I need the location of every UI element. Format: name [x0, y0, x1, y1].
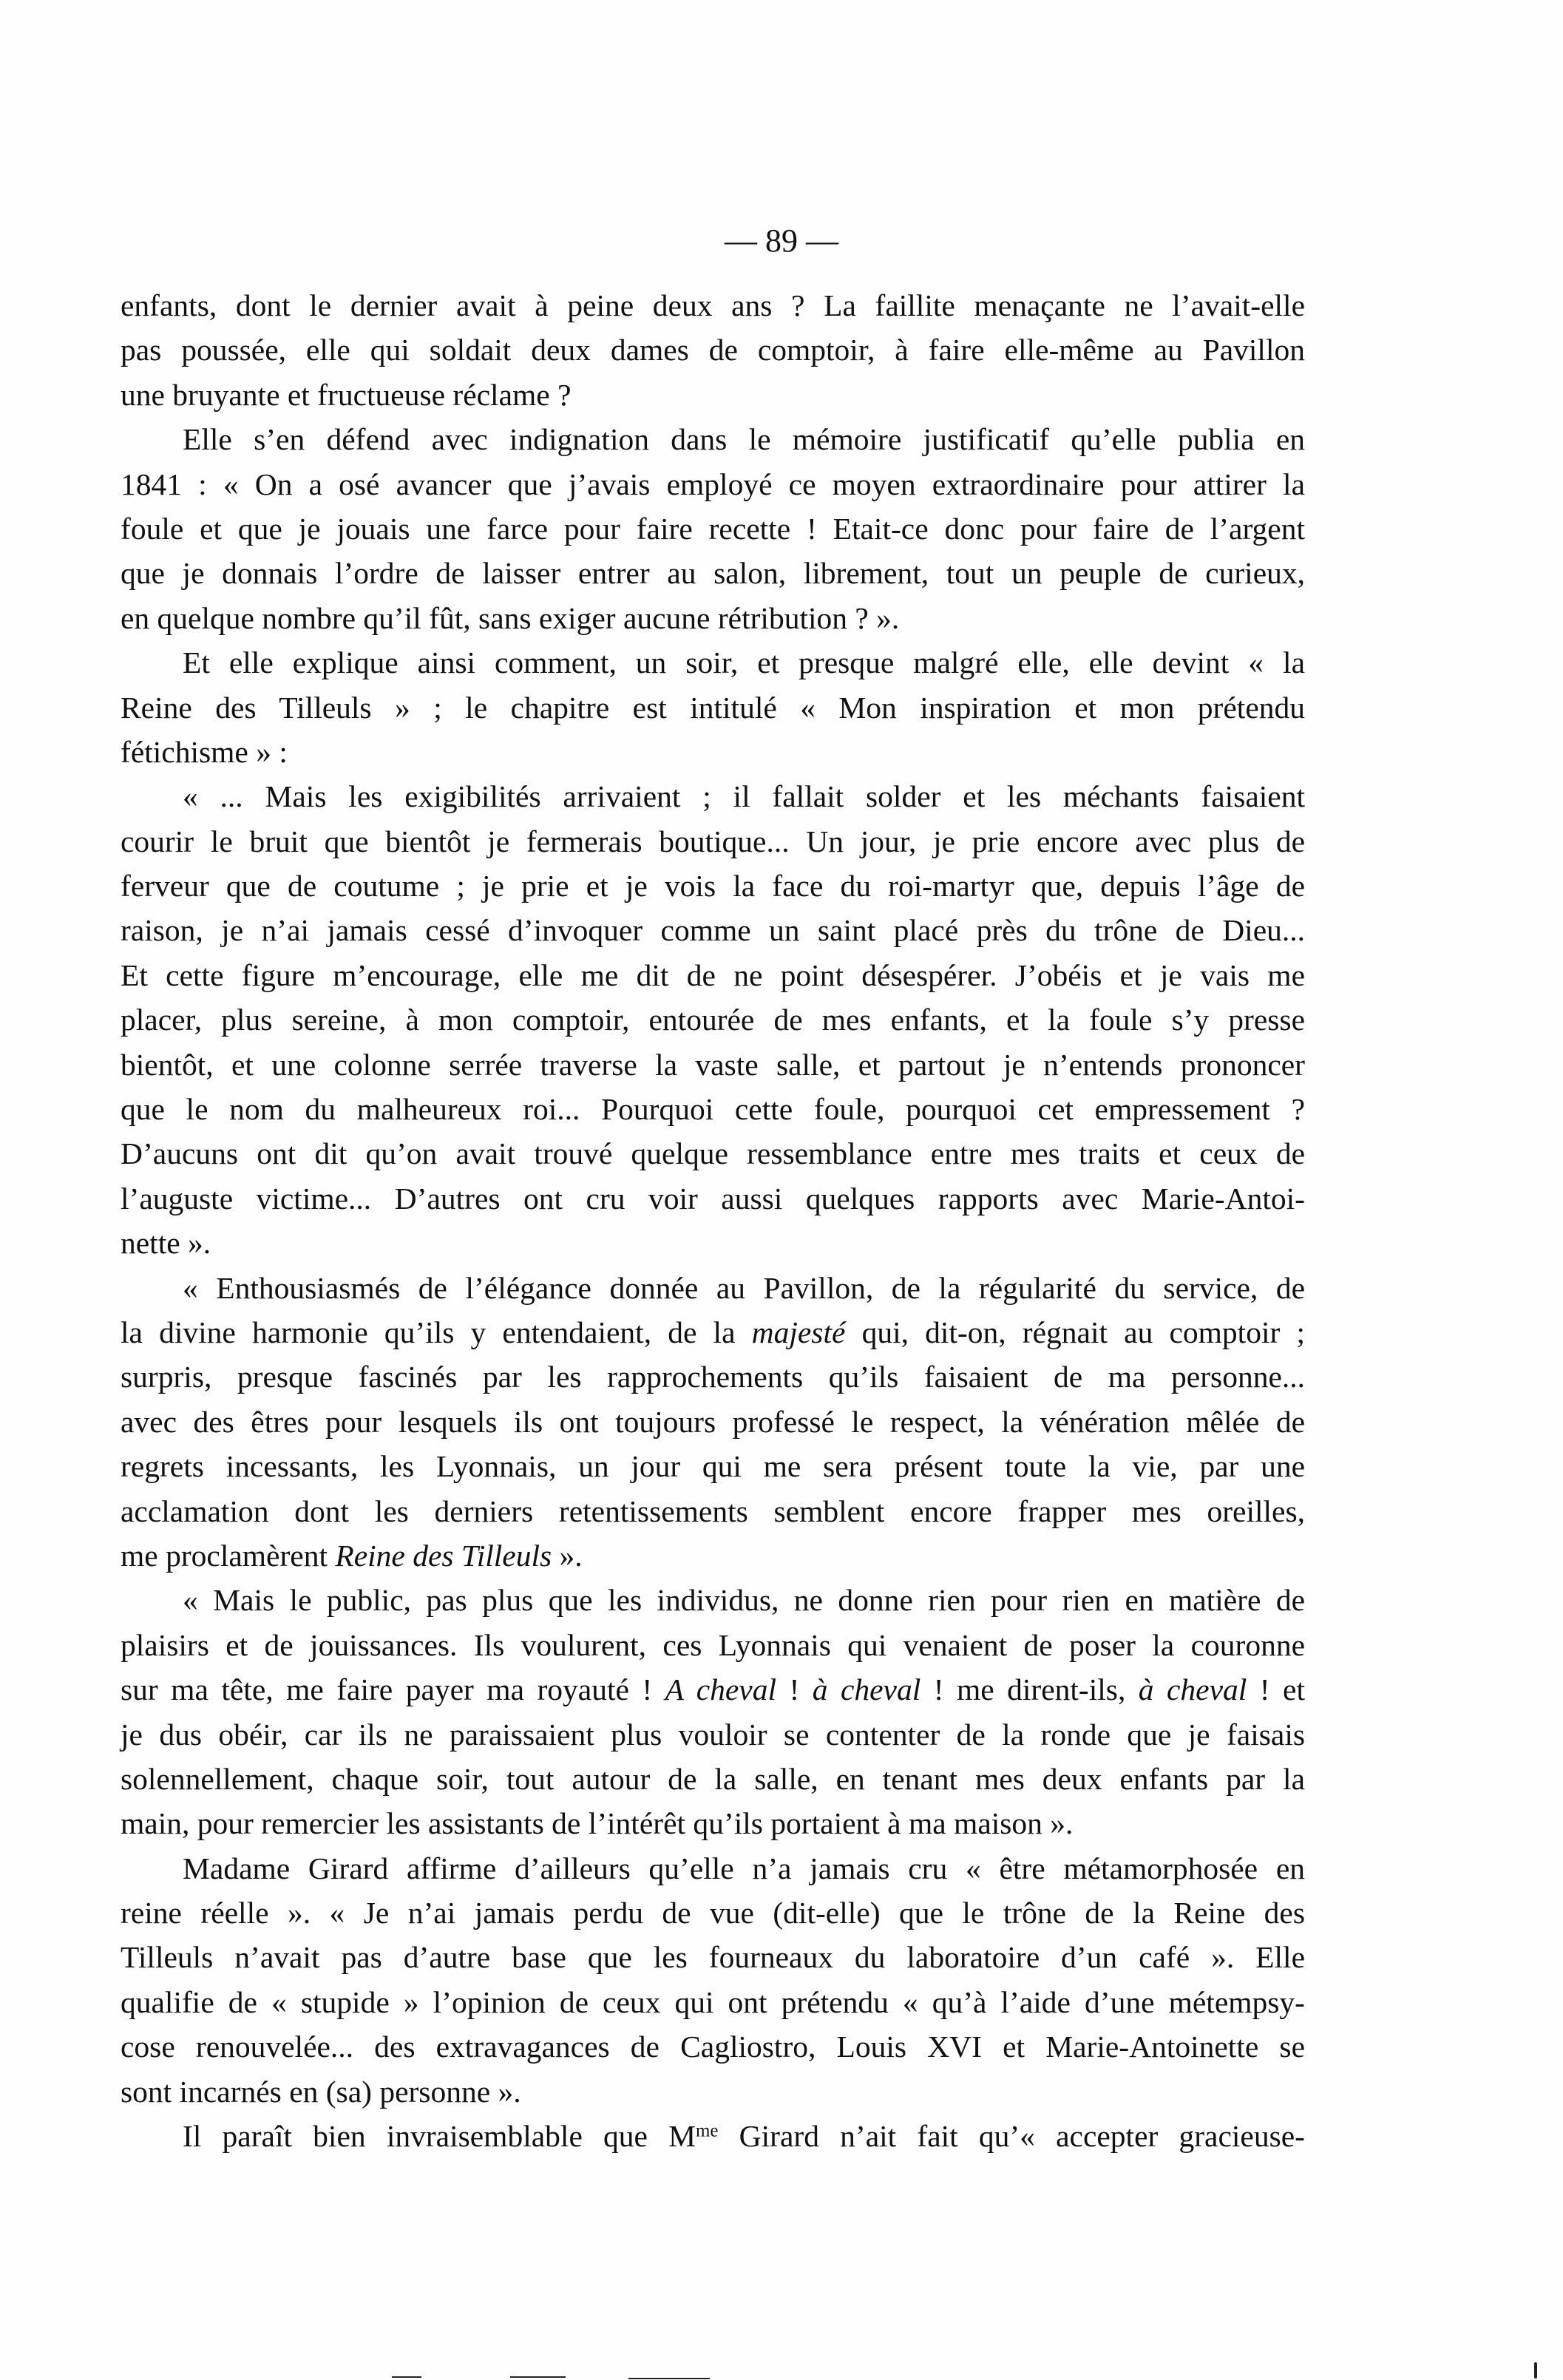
- paragraph: enfants, dont le dernier avait à peine d…: [121, 283, 1305, 417]
- text-line: regrets incessants, les Lyonnais, un jou…: [121, 1444, 1305, 1488]
- text-line: fétichisme » :: [121, 730, 1305, 774]
- text-line: reine réelle ». « Je n’ai jamais perdu d…: [121, 1891, 1305, 1935]
- text-line: « Mais le public, pas plus que les indiv…: [121, 1578, 1305, 1622]
- paragraph: Madame Girard affirme d’ailleurs qu’elle…: [121, 1846, 1305, 2114]
- italic-text: majesté: [752, 1315, 846, 1349]
- text-line: plaisirs et de jouissances. Ils vouluren…: [121, 1623, 1305, 1667]
- text-line: une bruyante et fructueuse réclame ?: [121, 373, 1305, 417]
- body-text: enfants, dont le dernier avait à peine d…: [121, 283, 1305, 2158]
- text-line: Il paraît bien invraisemblable que Mme G…: [121, 2114, 1305, 2158]
- italic-text: A cheval: [665, 1672, 776, 1706]
- paragraph: « Mais le public, pas plus que les indiv…: [121, 1578, 1305, 1845]
- text-line: Reine des Tilleuls » ; le chapitre est i…: [121, 685, 1305, 730]
- text-line: « Enthousiasmés de l’élégance donnée au …: [121, 1266, 1305, 1310]
- text-line: sur ma tête, me faire payer ma royauté !…: [121, 1667, 1305, 1712]
- paragraph: Il paraît bien invraisemblable que Mme G…: [121, 2114, 1305, 2158]
- text-line: enfants, dont le dernier avait à peine d…: [121, 283, 1305, 328]
- text-line: raison, je n’ai jamais cessé d’invoquer …: [121, 908, 1305, 952]
- text-line: Madame Girard affirme d’ailleurs qu’elle…: [121, 1846, 1305, 1891]
- scan-artifact-mark: [1534, 2362, 1537, 2379]
- scan-artifact-line: [392, 2376, 421, 2378]
- text-line: surpris, presque fascinés par les rappro…: [121, 1355, 1305, 1399]
- paragraph: « Enthousiasmés de l’élégance donnée au …: [121, 1266, 1305, 1579]
- scan-artifact-line: [628, 2378, 710, 2379]
- italic-text: à cheval: [1139, 1672, 1247, 1706]
- text-line: l’auguste victime... D’autres ont cru vo…: [121, 1176, 1305, 1221]
- text-line: avec des êtres pour lesquels ils ont tou…: [121, 1400, 1305, 1444]
- document-page: — 89 — enfants, dont le dernier avait à …: [0, 0, 1563, 2380]
- text-line: que je donnais l’ordre de laisser entrer…: [121, 551, 1305, 595]
- paragraph: Et elle explique ainsi comment, un soir,…: [121, 640, 1305, 774]
- text-line: courir le bruit que bientôt je fermerais…: [121, 819, 1305, 864]
- text-line: D’aucuns ont dit qu’on avait trouvé quel…: [121, 1131, 1305, 1176]
- text-line: la divine harmonie qu’ils y entendaient,…: [121, 1310, 1305, 1355]
- text-line: acclamation dont les derniers retentisse…: [121, 1489, 1305, 1533]
- superscript-text: me: [696, 2120, 718, 2140]
- italic-text: Reine des Tilleuls: [335, 1539, 552, 1573]
- text-line: que le nom du malheureux roi... Pourquoi…: [121, 1087, 1305, 1131]
- text-line: Et elle explique ainsi comment, un soir,…: [121, 640, 1305, 685]
- text-line: pas poussée, elle qui soldait deux dames…: [121, 328, 1305, 372]
- text-line: Et cette figure m’encourage, elle me dit…: [121, 953, 1305, 997]
- text-line: sont incarnés en (sa) personne ».: [121, 2069, 1305, 2114]
- paragraph: « ... Mais les exigibilités arrivaient ;…: [121, 774, 1305, 1265]
- text-line: 1841 : « On a osé avancer que j’avais em…: [121, 462, 1305, 506]
- text-line: ferveur que de coutume ; je prie et je v…: [121, 864, 1305, 908]
- text-line: Tilleuls n’avait pas d’autre base que le…: [121, 1935, 1305, 1979]
- text-line: solennellement, chaque soir, tout autour…: [121, 1757, 1305, 1801]
- text-line: je dus obéir, car ils ne paraissaient pl…: [121, 1712, 1305, 1757]
- page-number: — 89 —: [0, 222, 1563, 260]
- text-line: placer, plus sereine, à mon comptoir, en…: [121, 997, 1305, 1042]
- italic-text: à cheval: [813, 1672, 921, 1706]
- paragraph: Elle s’en défend avec indignation dans l…: [121, 417, 1305, 640]
- text-line: me proclamèrent Reine des Tilleuls ».: [121, 1533, 1305, 1578]
- text-line: en quelque nombre qu’il fût, sans exiger…: [121, 596, 1305, 640]
- text-line: nette ».: [121, 1221, 1305, 1265]
- text-line: main, pour remercier les assistants de l…: [121, 1801, 1305, 1845]
- text-line: bientôt, et une colonne serrée traverse …: [121, 1042, 1305, 1087]
- scan-artifact-line: [510, 2376, 566, 2378]
- text-line: cose renouvelée... des extravagances de …: [121, 2024, 1305, 2069]
- text-line: « ... Mais les exigibilités arrivaient ;…: [121, 774, 1305, 818]
- text-line: qualifie de « stupide » l’opinion de ceu…: [121, 1980, 1305, 2024]
- text-line: foule et que je jouais une farce pour fa…: [121, 506, 1305, 551]
- text-line: Elle s’en défend avec indignation dans l…: [121, 417, 1305, 461]
